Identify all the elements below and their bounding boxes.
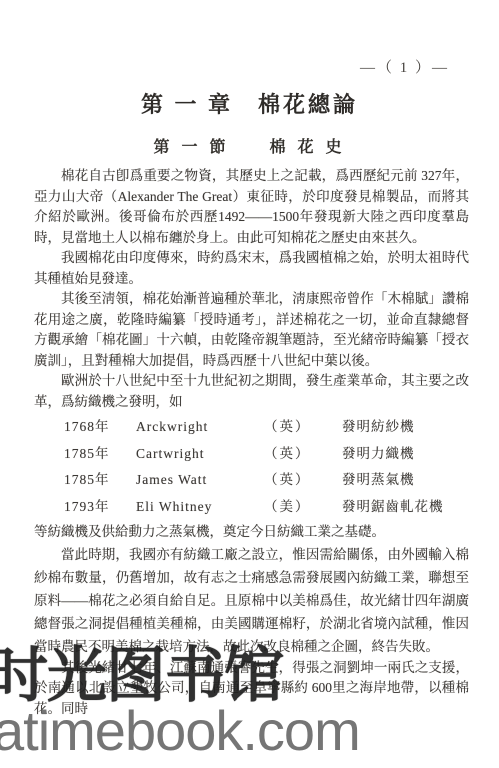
inventions-table: 1768年 Arckwright （英） 發明紡紗機 1785年 Cartwri… [34, 414, 469, 520]
invention-description: 發明紡紗機 [342, 414, 469, 441]
inventor-name: Arckwright [136, 414, 264, 441]
invention-description: 發明蒸氣機 [342, 467, 469, 494]
paragraph-domestic-textile-industry: 當此時期，我國亦有紡織工廠之設立，惟因需給關係，由外國輸入棉紗棉布數量，仍舊增加… [34, 543, 469, 658]
invention-description: 發明力織機 [342, 441, 469, 468]
body-text: 棉花自古卽爲重要之物資，其歷史上之記載，爲西歷紀元前 327年，亞力山大帝（Al… [34, 166, 469, 719]
invention-year: 1785年 [34, 467, 136, 494]
paragraph-industrial-revolution: 歐洲於十八世紀中至十九世紀初之期間，發生產業革命，其主要之改革，爲紡織機之發明，… [34, 371, 469, 412]
inventor-name: James Watt [136, 467, 264, 494]
paragraph-cotton-history-intro: 棉花自古卽爲重要之物資，其歷史上之記載，爲西歷紀元前 327年，亞力山大帝（Al… [34, 166, 469, 248]
watermark-website-url: atimebook.com [0, 700, 360, 762]
invention-description: 發明鋸齒軋花機 [342, 494, 469, 521]
inventor-country: （英） [264, 467, 342, 494]
invention-year: 1785年 [34, 441, 136, 468]
paragraph-table-conclusion: 等紡織機及供給動力之蒸氣機，奠定今日紡織工業之基礎。 [34, 522, 469, 543]
table-row: 1768年 Arckwright （英） 發明紡紗機 [34, 414, 469, 441]
inventor-country: （美） [264, 494, 342, 521]
inventor-name: Cartwright [136, 441, 264, 468]
chapter-title: 第 一 章 棉花總論 [0, 88, 499, 119]
table-row: 1793年 Eli Whitney （美） 發明鋸齒軋花機 [34, 494, 469, 521]
inventor-country: （英） [264, 441, 342, 468]
invention-year: 1768年 [34, 414, 136, 441]
paragraph-qing-dynasty-cotton: 其後至淸領，棉花始漸普遍種於華北，淸康熙帝曾作「木棉賦」讚棉花用途之廣，乾隆時編… [34, 289, 469, 371]
table-row: 1785年 James Watt （英） 發明蒸氣機 [34, 467, 469, 494]
inventor-name: Eli Whitney [136, 494, 264, 521]
inventor-country: （英） [264, 414, 342, 441]
page-number: —（ 1 ）— [360, 56, 449, 77]
table-row: 1785年 Cartwright （英） 發明力織機 [34, 441, 469, 468]
scanned-book-page: —（ 1 ）— 第 一 章 棉花總論 第 一 節 棉 花 史 棉花自古卽爲重要之… [0, 0, 499, 768]
invention-year: 1793年 [34, 494, 136, 521]
paragraph-china-cotton-origin: 我國棉花由印度傳來，時約爲宋末，爲我國植棉之始，於明太祖時代其種植始見發達。 [34, 248, 469, 289]
section-title: 第 一 節 棉 花 史 [0, 134, 499, 157]
